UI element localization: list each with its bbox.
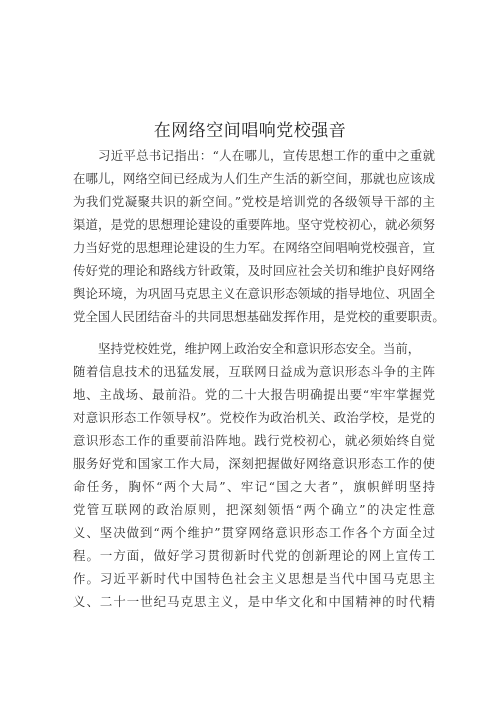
text-line: 服务好党和国家工作大局，深刻把握做好网络意识形态工作的使: [73, 452, 435, 475]
text-line: 坚持党校姓党，维护网上政治安全和意识形态安全。当前，: [73, 337, 435, 360]
text-line: 渠道，是党的思想理论建设的重要阵地。坚守党校初心，就必须努: [73, 213, 435, 236]
paragraph-1: 习近平总书记指出：“人在哪儿，宣传思想工作的重中之重就 在哪儿，网络空间已经成为…: [73, 144, 435, 328]
text-line: 对意识形态工作领导权”。党校作为政治机关、政治学校，是党的: [73, 406, 435, 429]
paragraph-2: 坚持党校姓党，维护网上政治安全和意识形态安全。当前， 随着信息技术的迅猛发展，互…: [73, 337, 435, 613]
text-line: 党全国人民团结奋斗的共同思想基础发挥作用，是党校的重要职责。: [73, 305, 435, 328]
text-line: 随着信息技术的迅猛发展，互联网日益成为意识形态斗争的主阵: [73, 360, 435, 383]
text-line: 命任务，胸怀“两个大局”、牢记“国之大者”，旗帜鲜明坚持: [73, 475, 435, 498]
text-line: 义、坚决做到“两个维护”贯穿网络意识形态工作各个方面全过: [73, 521, 435, 544]
paragraph-spacer: [73, 328, 435, 337]
text-line: 党管互联网的政治原则，把深刻领悟“两个确立”的决定性意: [73, 498, 435, 521]
document-body: 习近平总书记指出：“人在哪儿，宣传思想工作的重中之重就 在哪儿，网络空间已经成为…: [73, 144, 435, 613]
text-line: 力当好党的思想理论建设的生力军。在网络空间唱响党校强音，宣: [73, 236, 435, 259]
document-page: 在网络空间唱响党校强音 习近平总书记指出：“人在哪儿，宣传思想工作的重中之重就 …: [0, 0, 500, 707]
text-line: 舆论环境，为巩固马克思主义在意识形态领域的指导地位、巩固全: [73, 282, 435, 305]
text-line: 程。一方面，做好学习贯彻新时代党的创新理论的网上宣传工: [73, 544, 435, 567]
document-title: 在网络空间唱响党校强音: [0, 116, 500, 141]
text-line: 为我们党凝聚共识的新空间。”党校是培训党的各级领导干部的主: [73, 190, 435, 213]
text-line: 在哪儿，网络空间已经成为人们生产生活的新空间，那就也应该成: [73, 167, 435, 190]
text-line: 地、主战场、最前沿。党的二十大报告明确提出要“牢牢掌握党: [73, 383, 435, 406]
text-line: 意识形态工作的重要前沿阵地。践行党校初心，就必须始终自觉: [73, 429, 435, 452]
text-line: 义、二十一世纪马克思主义，是中华文化和中国精神的时代精: [73, 590, 435, 613]
text-line: 作。习近平新时代中国特色社会主义思想是当代中国马克思主: [73, 567, 435, 590]
text-line: 传好党的理论和路线方针政策，及时回应社会关切和维护良好网络: [73, 259, 435, 282]
text-line: 习近平总书记指出：“人在哪儿，宣传思想工作的重中之重就: [73, 144, 435, 167]
